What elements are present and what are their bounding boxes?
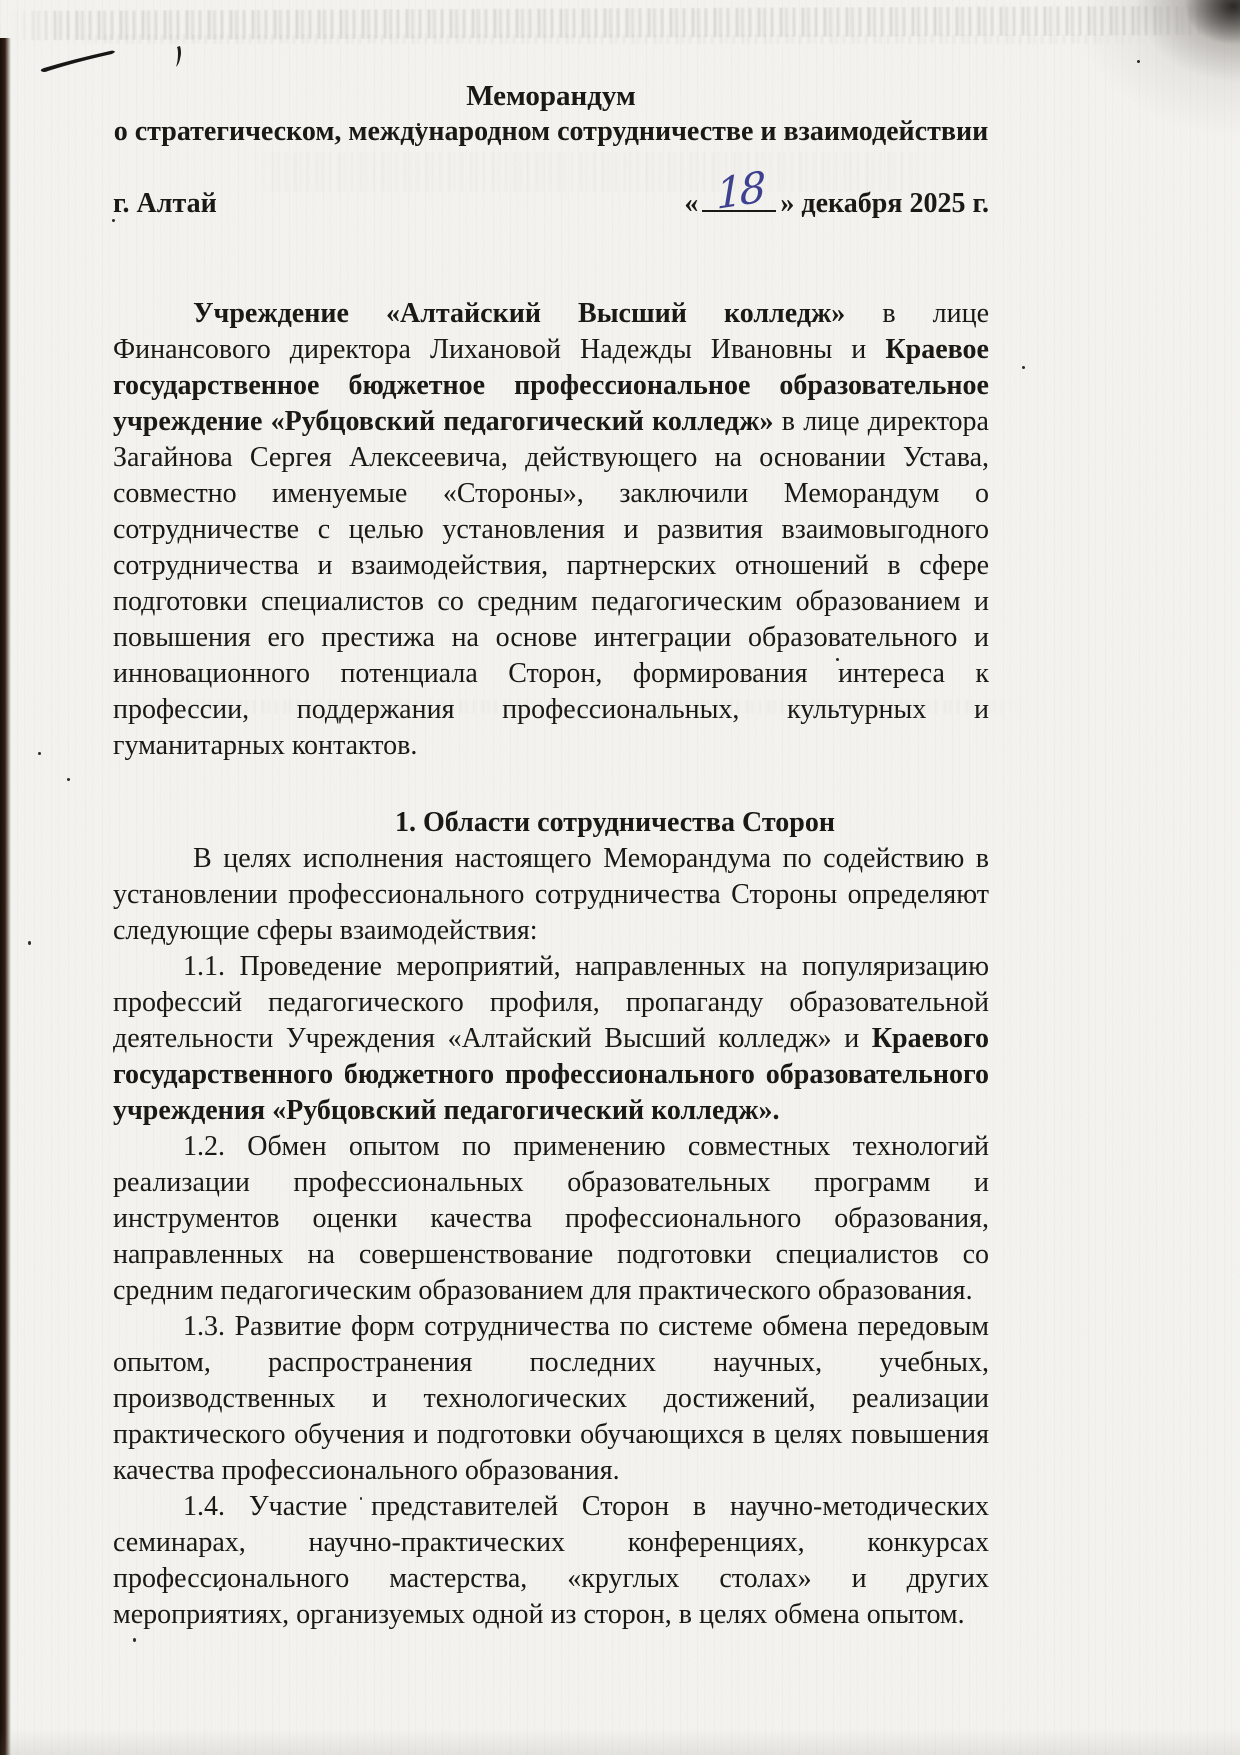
paper-speck	[1022, 366, 1025, 369]
bleedthrough-band	[10, 5, 1230, 40]
place-label: г. Алтай	[113, 188, 217, 220]
date-open-quote: «	[684, 188, 698, 219]
clause-1-4: 1.4. Участие представителей Сторон в нау…	[113, 1489, 989, 1633]
document-body: Учреждение «Алтайский Высший колледж» в …	[113, 296, 989, 1633]
document-title: Меморандум	[113, 78, 989, 114]
paper-speck	[67, 778, 70, 781]
document-subtitle: о стратегическом, международном сотрудни…	[113, 114, 989, 150]
scanned-page: Меморандум о стратегическом, международн…	[0, 0, 1240, 1755]
paper-speck	[38, 752, 41, 755]
preamble-paragraph: Учреждение «Алтайский Высший колледж» в …	[113, 296, 989, 764]
scan-corner-shadow	[1020, 0, 1240, 210]
section-1-intro-paragraph: В целях исполнения настоящего Меморандум…	[113, 841, 989, 949]
paper-speck	[1137, 60, 1140, 63]
handwritten-day: 18	[716, 166, 764, 216]
clause-1-2: 1.2. Обмен опытом по применению совместн…	[113, 1129, 989, 1309]
clause-1-1: 1.1. Проведение мероприятий, направленны…	[113, 949, 989, 1129]
date-line: «18» декабря 2025 г.	[684, 182, 989, 220]
bleedthrough-band	[60, 34, 1160, 44]
pen-stroke-mark	[36, 42, 126, 78]
date-rest: декабря 2025 г.	[801, 188, 989, 219]
place-date-row: г. Алтай «18» декабря 2025 г.	[113, 182, 989, 220]
ink-speck-mark	[172, 44, 186, 70]
date-close-quote: »	[780, 188, 794, 219]
date-blank-underline: 18	[702, 182, 776, 212]
scan-left-edge	[0, 38, 11, 1755]
clause-1-3: 1.3. Развитие форм сотрудничества по сис…	[113, 1309, 989, 1489]
paper-speck	[133, 1638, 136, 1642]
section-1-heading: 1. Области сотрудничества Сторон	[113, 805, 989, 841]
paper-speck	[28, 941, 31, 945]
